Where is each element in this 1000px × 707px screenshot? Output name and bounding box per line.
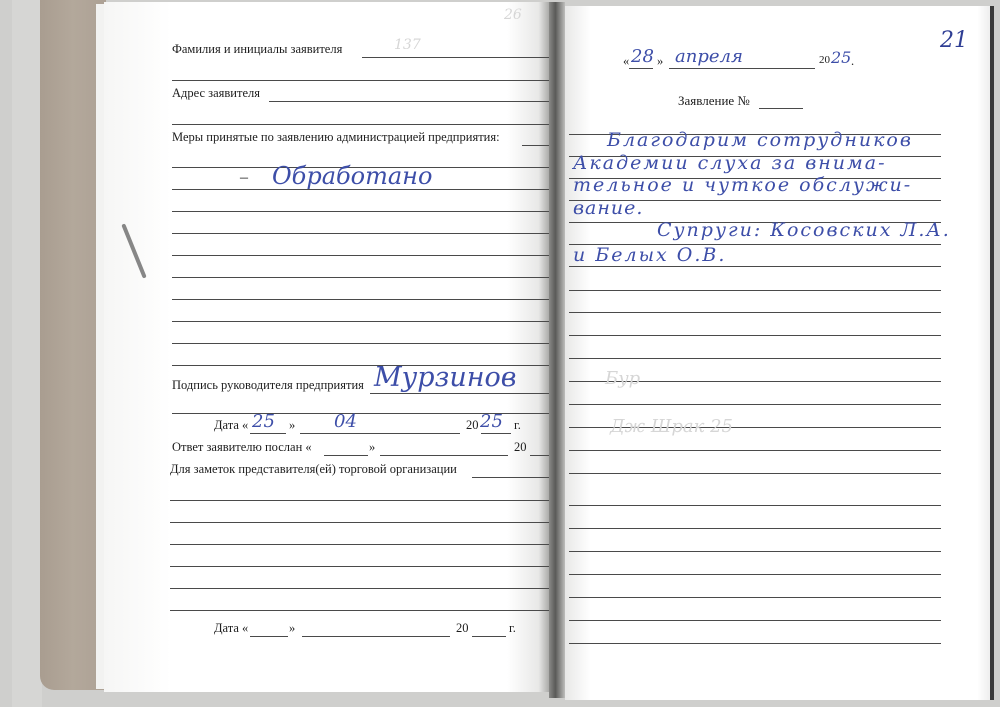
applicant-address-label: Адрес заявителя (172, 86, 260, 101)
statement-line[interactable] (569, 266, 941, 267)
applicant-name-field[interactable] (362, 57, 552, 58)
bleed-through-mark: Бур (605, 368, 640, 389)
measures-line[interactable] (172, 299, 552, 300)
date-day-value: 25 (252, 411, 275, 432)
statement-line[interactable] (569, 450, 941, 451)
date-year-field[interactable] (481, 433, 511, 434)
statement-line[interactable] (569, 551, 941, 552)
reply-sent-label: Ответ заявителю послан « (172, 440, 312, 455)
statement-line[interactable] (569, 620, 941, 621)
statement-line[interactable] (569, 528, 941, 529)
applicant-name-label: Фамилия и инициалы заявителя (172, 42, 342, 57)
right-page: 21 « 28 » апреля 20 25 . Заявление № Бла… (565, 6, 994, 700)
date-close-quote: » (657, 54, 663, 69)
date-year-value: 25 (480, 411, 503, 432)
notes-line[interactable] (170, 610, 552, 611)
date-label: Дата « (214, 418, 248, 433)
statement-line[interactable] (569, 335, 941, 336)
measures-field[interactable] (522, 145, 552, 146)
date-day-field[interactable] (250, 433, 286, 434)
reply-close-quote: » (369, 440, 375, 455)
book-gutter (549, 2, 565, 698)
left-page: 137 26 Фамилия и инициалы заявителя Адре… (104, 2, 552, 692)
reply-month-field[interactable] (380, 455, 508, 456)
right-date-day: 28 (631, 46, 654, 67)
measures-dash: – (240, 169, 248, 187)
statement-line[interactable] (569, 290, 941, 291)
bottom-date-year-unit: г. (509, 621, 516, 636)
statement-text-line: тельное и чуткое обслужи- (573, 174, 912, 196)
statement-text-line: вание. (573, 197, 643, 219)
bottom-date-day-field[interactable] (250, 636, 288, 637)
date-close-quote: » (289, 418, 295, 433)
bleed-through-mark: 26 (504, 7, 522, 23)
statement-label: Заявление № (678, 93, 750, 109)
measures-line[interactable] (172, 343, 552, 344)
right-date-month: апреля (675, 46, 743, 67)
statement-number-field[interactable] (759, 108, 803, 109)
right-date-month-field[interactable] (669, 68, 815, 69)
right-date-day-field[interactable] (629, 68, 653, 69)
bottom-date-year-field[interactable] (472, 636, 506, 637)
applicant-address-line-2[interactable] (172, 124, 552, 125)
bottom-date-month-field[interactable] (302, 636, 450, 637)
measures-line[interactable] (172, 321, 552, 322)
measures-line[interactable] (172, 189, 552, 190)
page-number: 21 (940, 28, 968, 53)
notes-line[interactable] (170, 588, 552, 589)
statement-line[interactable] (569, 404, 941, 405)
bleed-through-mark: 137 (394, 37, 421, 53)
bleed-through-mark: Дж Шрак 25 (610, 416, 733, 437)
statement-line[interactable] (569, 312, 941, 313)
scanner-edge (12, 0, 42, 707)
date-month-field[interactable] (300, 433, 460, 434)
notes-line[interactable] (170, 544, 552, 545)
date-month-value: 04 (334, 411, 357, 432)
manager-signature-value: Мурзинов (374, 362, 516, 393)
notes-line[interactable] (170, 522, 552, 523)
measures-label: Меры принятые по заявлению администрацие… (172, 130, 500, 145)
bottom-date-close-quote: » (289, 621, 295, 636)
statement-line[interactable] (569, 358, 941, 359)
applicant-address-field[interactable] (269, 101, 552, 102)
statement-text-line: Благодарим сотрудников (607, 129, 913, 151)
statement-line[interactable] (569, 505, 941, 506)
bottom-date-label: Дата « (214, 621, 248, 636)
statement-line[interactable] (569, 574, 941, 575)
right-date-year-prefix: 20 (819, 54, 830, 66)
applicant-name-line-2[interactable] (172, 80, 552, 81)
statement-text-line: Академии слуха за внима- (573, 152, 887, 174)
manager-signature-field[interactable] (370, 393, 552, 394)
measures-line[interactable] (172, 255, 552, 256)
measures-line[interactable] (172, 211, 552, 212)
statement-text-line: Супруги: Косовских Л.А. (657, 219, 951, 241)
reply-day-field[interactable] (324, 455, 368, 456)
statement-text-line: и Белых О.В. (573, 244, 726, 266)
bottom-date-year-prefix: 20 (456, 621, 469, 636)
measures-handwritten-value: Обработано (272, 162, 432, 190)
notes-field[interactable] (472, 477, 552, 478)
manager-signature-label: Подпись руководителя предприятия (172, 378, 364, 393)
statement-line[interactable] (569, 473, 941, 474)
statement-line[interactable] (569, 643, 941, 644)
measures-line[interactable] (172, 233, 552, 234)
date-open-quote: « (623, 54, 629, 69)
reply-year-prefix: 20 (514, 440, 527, 455)
date-year-prefix: 20 (466, 418, 479, 433)
statement-line[interactable] (569, 597, 941, 598)
measures-line[interactable] (172, 277, 552, 278)
notes-line[interactable] (170, 566, 552, 567)
date-year-unit: г. (514, 418, 521, 433)
right-date-year-value: 25 (831, 48, 851, 67)
notes-line[interactable] (170, 500, 552, 501)
notes-label: Для заметок представителя(ей) торговой о… (170, 462, 457, 477)
right-date-year-unit: . (851, 54, 854, 69)
